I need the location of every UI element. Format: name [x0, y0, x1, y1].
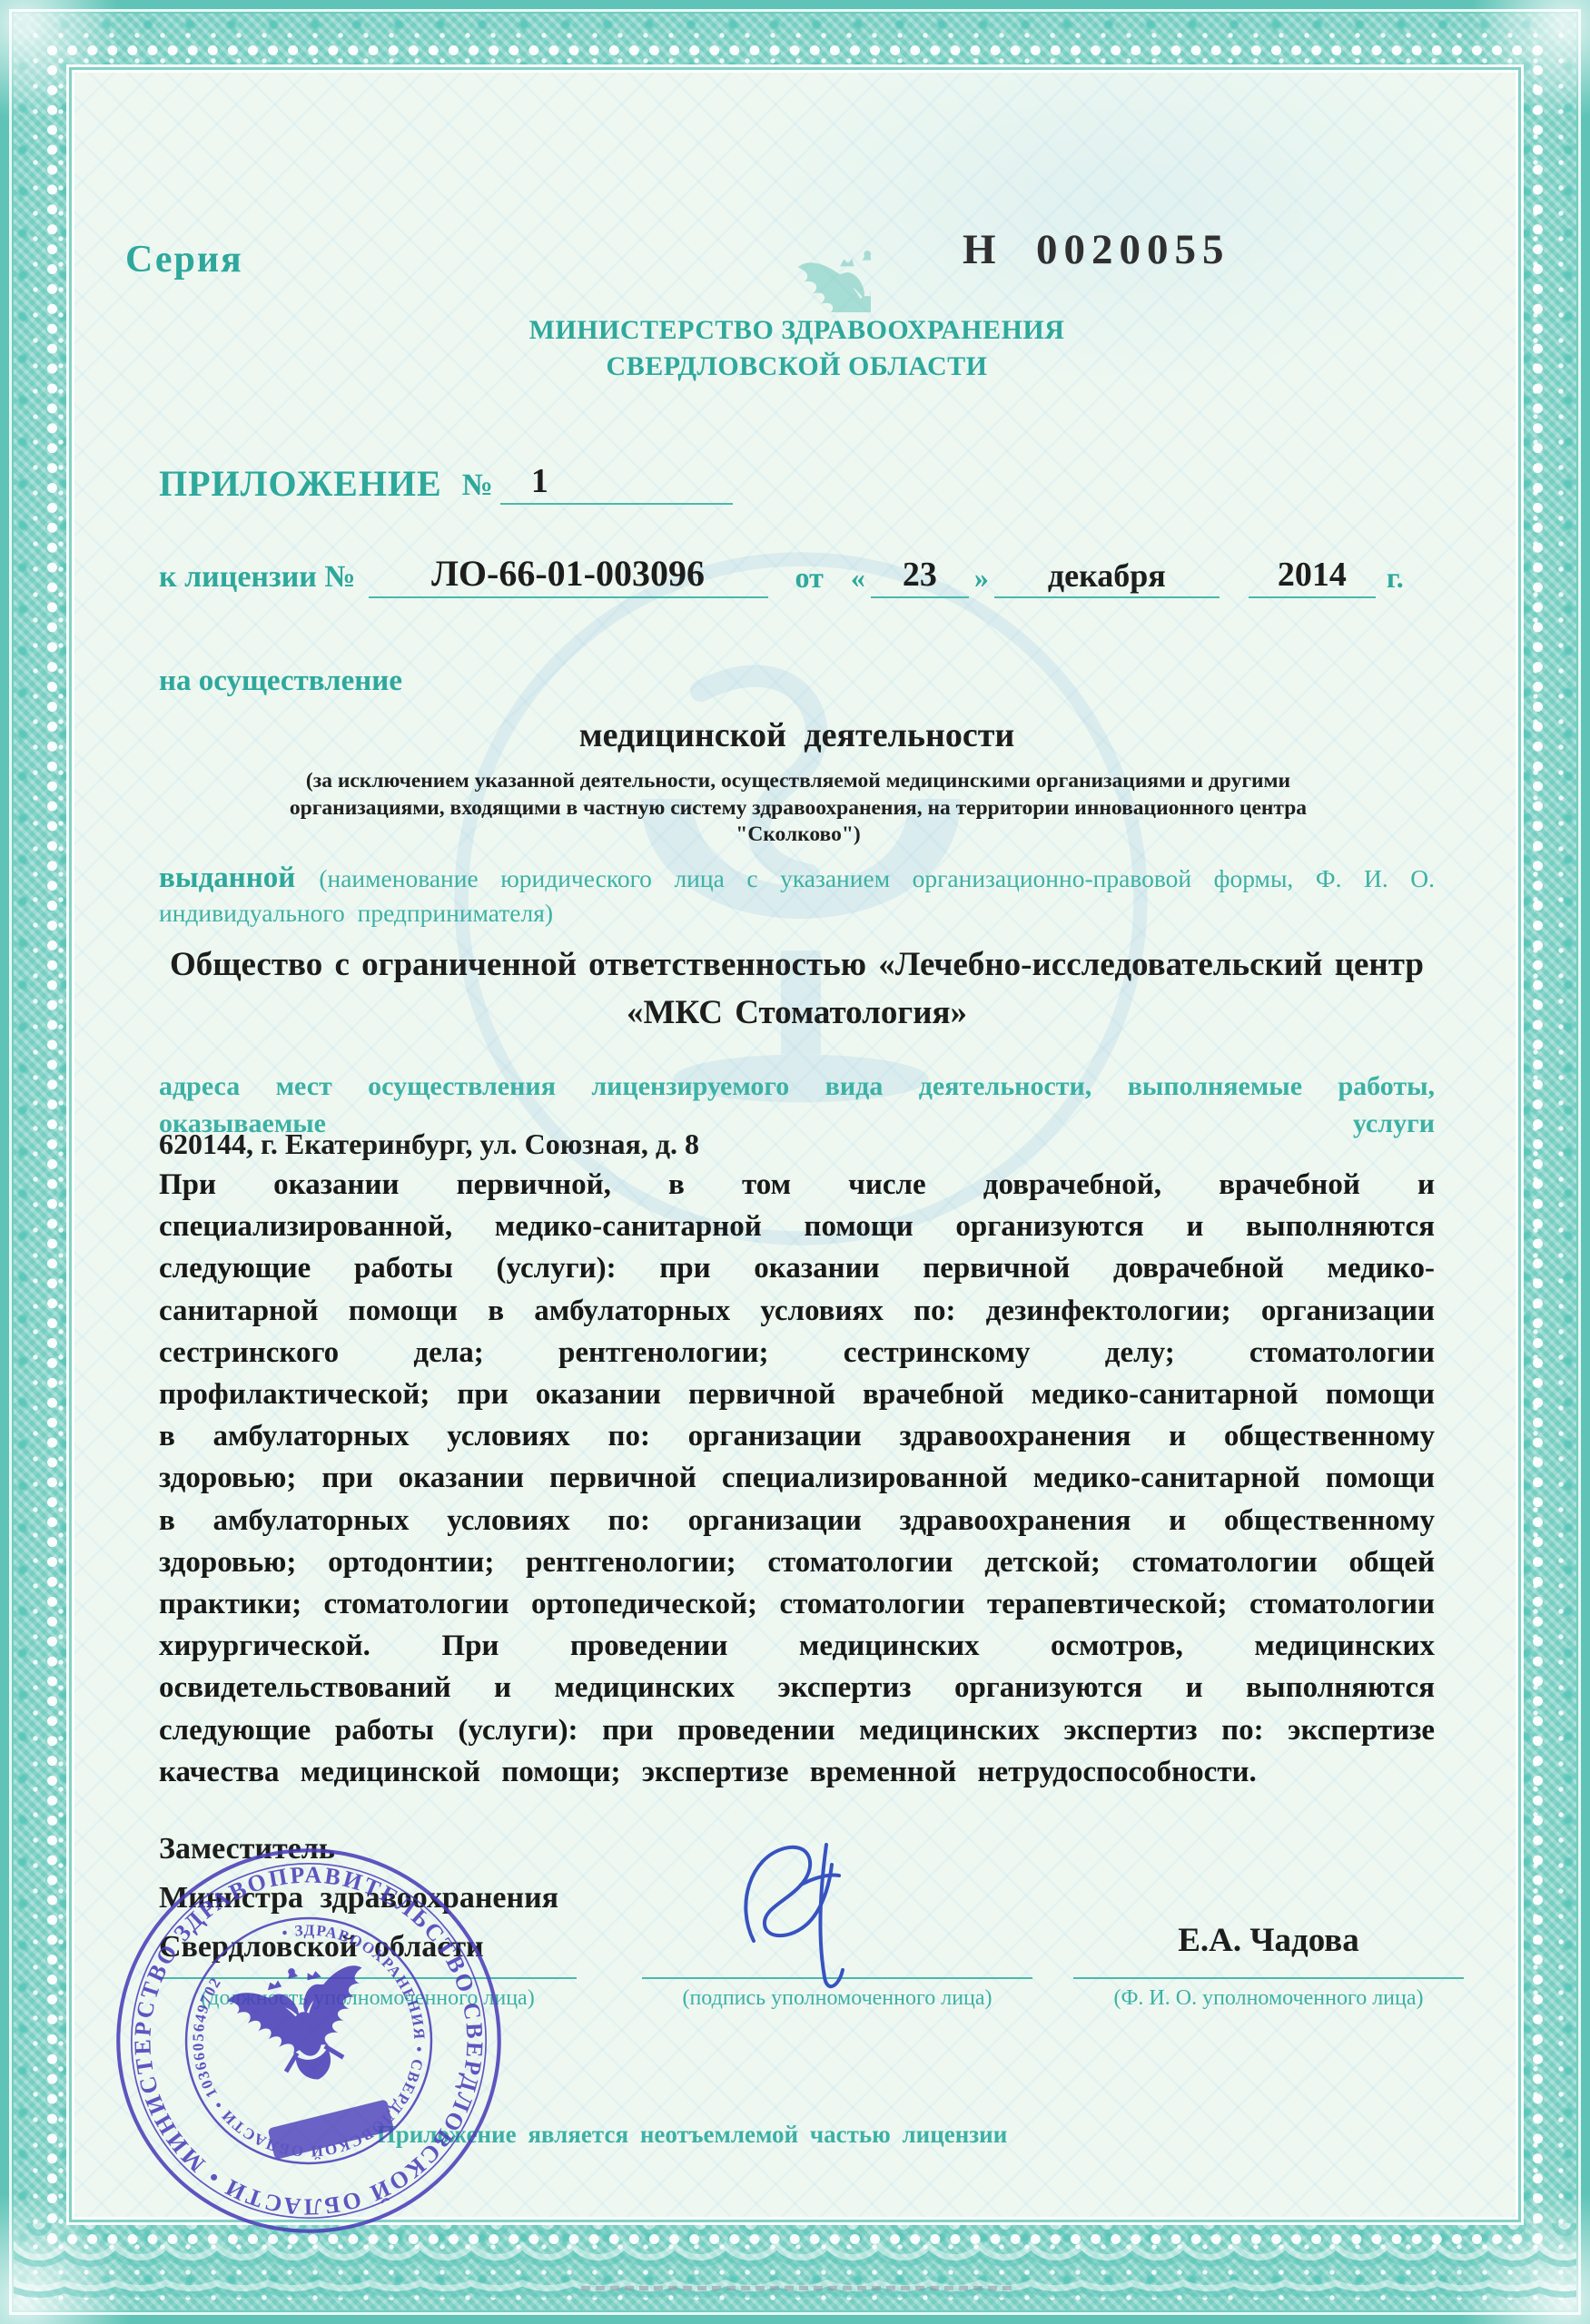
activity-exception-note: (за исключением указанной деятельности, …: [231, 768, 1366, 849]
organization-name: Общество с ограниченной ответственностью…: [159, 940, 1435, 1037]
signer-name: Е.А. Чадова: [1073, 1921, 1464, 1960]
signature-handwriting: [710, 1817, 919, 1999]
license-label: к лицензии №: [159, 560, 356, 598]
issued-note: (наименование юридического лица с указан…: [159, 864, 1435, 927]
stamp-eagle-icon: [223, 1952, 385, 2096]
series-label: Серия: [125, 238, 243, 281]
activity-title: медицинской деятельности: [159, 715, 1435, 755]
works-text: При оказании первичной, в том числе довр…: [159, 1164, 1435, 1793]
year-suffix: г.: [1387, 561, 1404, 598]
addresses-note: адреса мест осуществления лицензируемого…: [159, 1068, 1435, 1179]
official-round-stamp: ПРАВИТЕЛЬСТВО СВЕРДЛОВСКОЙ ОБЛАСТИ • МИН…: [69, 1801, 549, 2281]
activity-lead: на осуществление: [159, 665, 402, 698]
issued-label: выданной: [159, 862, 295, 894]
license-appendix-document: Серия Н 0020055 МИНИСТЕРСТВО ЗДРАВООХРАН…: [0, 0, 1590, 2324]
address-line: 620144, г. Екатеринбург, ул. Союзная, д.…: [159, 1128, 699, 1161]
issued-paragraph: выданной(наименование юридического лица …: [159, 861, 1435, 931]
ministry-line1: МИНИСТЕРСТВО ЗДРАВООХРАНЕНИЯ: [159, 312, 1435, 349]
printer-imprint: [581, 2286, 1017, 2290]
serial-number: Н 0020055: [963, 225, 1230, 274]
ministry-heading: МИНИСТЕРСТВО ЗДРАВООХРАНЕНИЯ СВЕРДЛОВСКО…: [159, 312, 1435, 385]
name-underline: [1073, 1977, 1464, 1979]
appendix-label: ПРИЛОЖЕНИЕ: [159, 462, 442, 505]
open-quote: «: [851, 561, 865, 598]
document-content: Серия Н 0020055 МИНИСТЕРСТВО ЗДРАВООХРАН…: [74, 73, 1516, 2217]
from-label: от: [795, 561, 824, 598]
appendix-number-value: 1: [500, 461, 733, 505]
license-year: 2014: [1249, 555, 1376, 598]
appendix-row: ПРИЛОЖЕНИЕ № 1: [159, 461, 733, 505]
ministry-line2: СВЕРДЛОВСКОЙ ОБЛАСТИ: [159, 349, 1435, 385]
license-reference-row: к лицензии № ЛО-66-01-003096 от « 23 » д…: [159, 552, 1448, 598]
license-number: ЛО-66-01-003096: [369, 552, 768, 598]
license-month: декабря: [994, 556, 1220, 598]
close-quote: »: [974, 561, 989, 598]
appendix-number-sign: №: [462, 468, 493, 505]
license-day: 23: [871, 555, 969, 598]
document-sheet: Серия Н 0020055 МИНИСТЕРСТВО ЗДРАВООХРАН…: [74, 73, 1516, 2217]
coat-of-arms-icon: [721, 149, 871, 312]
name-caption: (Ф. И. О. уполномоченного лица): [1073, 1986, 1464, 2011]
